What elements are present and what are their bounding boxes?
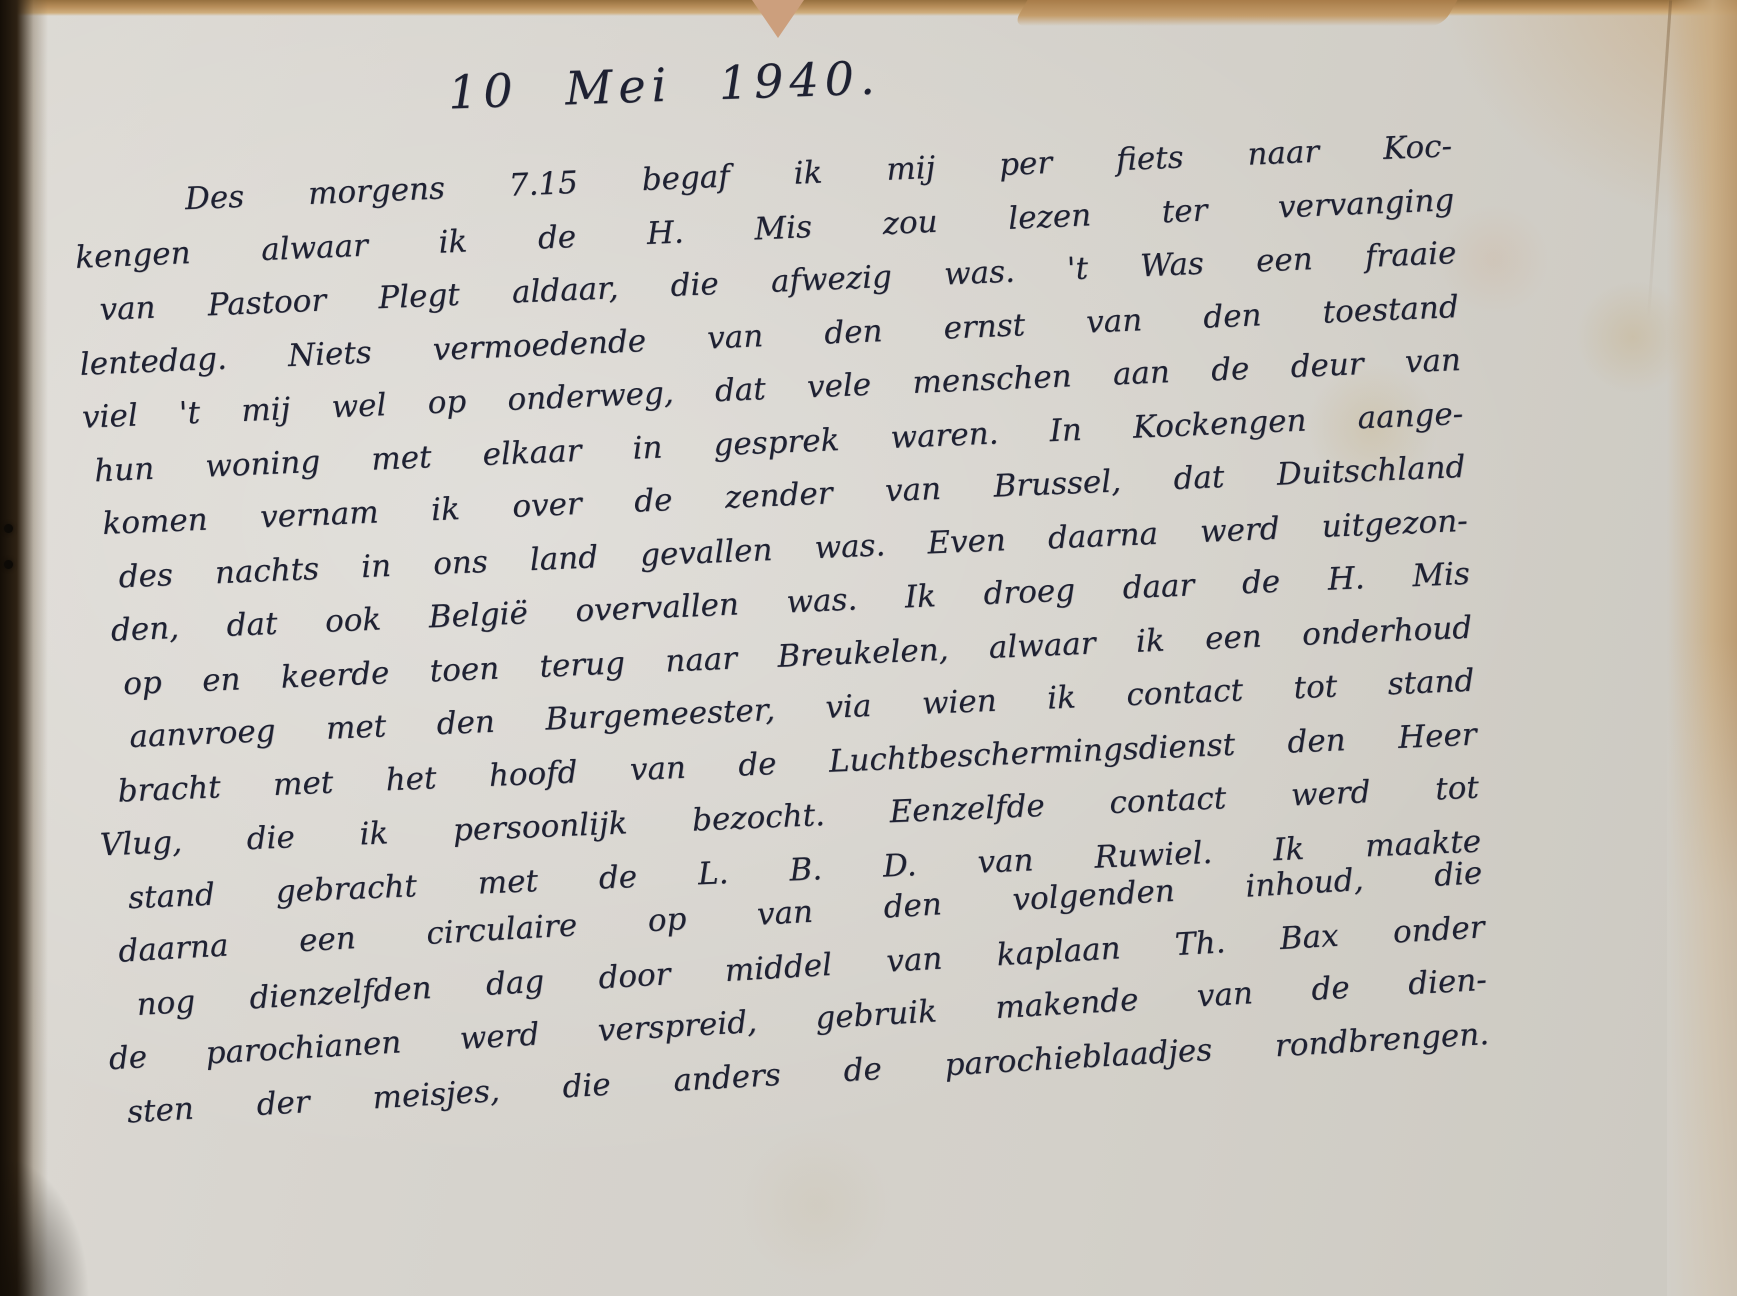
adjacent-page-right-fade	[1667, 640, 1737, 1296]
page-stack-top-edge-wedge	[1012, 0, 1457, 26]
binding-stitch-hole	[4, 560, 13, 569]
diary-entry: Des morgens 7.15 begaf ik mij per fiets …	[72, 120, 1491, 1140]
page-corner-notch	[752, 0, 804, 38]
diary-photo: 10 Mei 1940. Des morgens 7.15 begaf ik m…	[0, 0, 1737, 1296]
page-stack-top-edge	[0, 0, 1737, 16]
book-spine-edge	[0, 0, 48, 1296]
spine-bottom-shadow	[0, 1156, 90, 1296]
binding-stitch-hole	[4, 524, 13, 533]
